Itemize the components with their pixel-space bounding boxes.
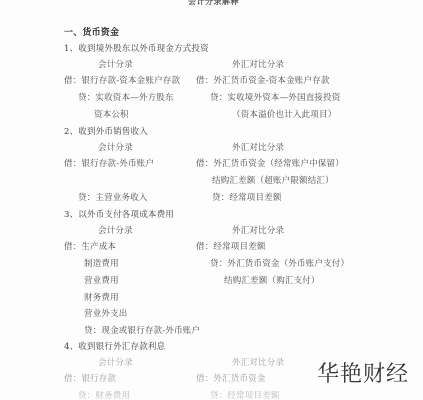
item-4-left-header: 会计分录 xyxy=(98,358,133,368)
item-4-right-line: 贷：经常项目差额 xyxy=(210,391,280,400)
item-2-heading: 2、收到外币销售收入 xyxy=(64,127,148,137)
item-4-right-line: 借：外汇货币资金 xyxy=(196,374,266,384)
item-1-heading: 1、收到境外股东以外币现金方式投资 xyxy=(64,44,209,54)
item-4-heading: 4、收到银行外汇存款利息 xyxy=(64,342,165,352)
item-3-right-line: 结购汇差额（购汇支付） xyxy=(224,276,320,286)
item-3-left-header: 会计分录 xyxy=(98,226,133,236)
item-3-right-line: 借：经常项目差额 xyxy=(196,242,266,252)
item-2-right-header: 外汇对比分录 xyxy=(232,143,284,153)
item-1-left-header: 会计分录 xyxy=(98,60,133,70)
item-1-right-line: （资本溢价也计入此项目） xyxy=(232,110,336,120)
item-1-right-line: 借：外汇货币资金-资本金账户存款 xyxy=(196,76,330,86)
item-2-left-line: 贷：主营业务收入 xyxy=(78,193,148,203)
section-heading: 一、货币资金 xyxy=(64,28,119,38)
item-3-left-line: 营业外支出 xyxy=(84,309,128,319)
item-4-left-line: 借：银行存款 xyxy=(64,374,116,384)
item-1-left-line: 借：银行存款-资本金账户存款 xyxy=(64,76,180,86)
item-3-heading: 3、以外币支付各项成本费用 xyxy=(64,210,174,220)
item-2-left-header: 会计分录 xyxy=(98,143,133,153)
item-4-left-line: 贷：财务费用 xyxy=(78,391,130,400)
item-3-left-line: 贷：现金或银行存款-外币账户 xyxy=(84,326,200,336)
item-1-right-header: 外汇对比分录 xyxy=(232,60,284,70)
item-3-left-line: 营业费用 xyxy=(84,276,119,286)
item-3-left-line: 借：生产成本 xyxy=(64,242,116,252)
item-3-right-line: 贷：外汇货币资金（外币账户支付） xyxy=(210,259,349,269)
document-title: 会计分录解释 xyxy=(188,0,239,7)
item-4-right-header: 外汇对比分录 xyxy=(232,358,284,368)
item-2-right-line: 结购汇差额（超账户限额结汇） xyxy=(212,176,334,186)
item-1-right-line: 贷：实收境外资本—外国直接投资 xyxy=(210,93,341,103)
item-2-left-line: 借：银行存款-外币账户 xyxy=(64,159,154,169)
item-1-left-line: 贷：实收资本—外方股东 xyxy=(78,93,174,103)
item-3-left-line: 制造费用 xyxy=(84,259,119,269)
item-1-left-line: 资本公积 xyxy=(94,110,129,120)
item-2-right-line: 借：外汇货币资金（经常账户中保留） xyxy=(196,159,344,169)
item-2-right-line: 贷：经常项目差额 xyxy=(212,193,282,203)
document-page: 会计分录解释 一、货币资金 1、收到境外股东以外币现金方式投资 会计分录 外汇对… xyxy=(0,0,423,400)
watermark-logo: 华艳财经 xyxy=(317,357,409,388)
item-3-left-line: 财务费用 xyxy=(84,293,119,303)
item-3-right-header: 外汇对比分录 xyxy=(232,226,284,236)
